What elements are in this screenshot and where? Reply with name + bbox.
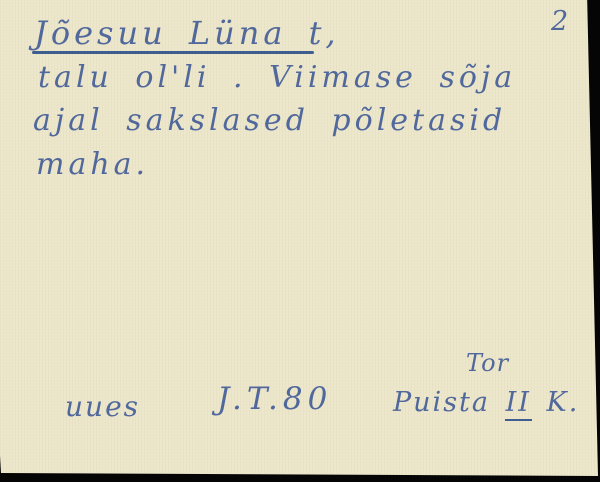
archive-index-card: 2 Jõesuu Lüna t, talu ol'li . Viimase sõ… xyxy=(0,0,600,482)
card-title: Jõesuu Lüna t, xyxy=(34,14,340,52)
archive-reference: Puista II K. xyxy=(393,387,579,418)
archive-reference-suffix: K. xyxy=(547,387,580,418)
footer-parish-abbreviation: Tor xyxy=(466,349,509,377)
page-number: 2 xyxy=(551,6,568,37)
handwritten-line-3: maha. xyxy=(36,147,149,182)
collector-initials-and-year: J.T.80 xyxy=(217,381,332,417)
title-underline xyxy=(32,51,314,54)
handwritten-line-1: talu ol'li . Viimase sõja xyxy=(38,60,516,95)
handwritten-line-2: ajal sakslased põletasid xyxy=(33,103,506,138)
archive-reference-numeral: II xyxy=(505,387,532,421)
scanner-backdrop: 2 Jõesuu Lüna t, talu ol'li . Viimase sõ… xyxy=(0,0,600,482)
footer-note-left: uues xyxy=(65,390,140,423)
archive-reference-place: Puista xyxy=(393,387,490,418)
